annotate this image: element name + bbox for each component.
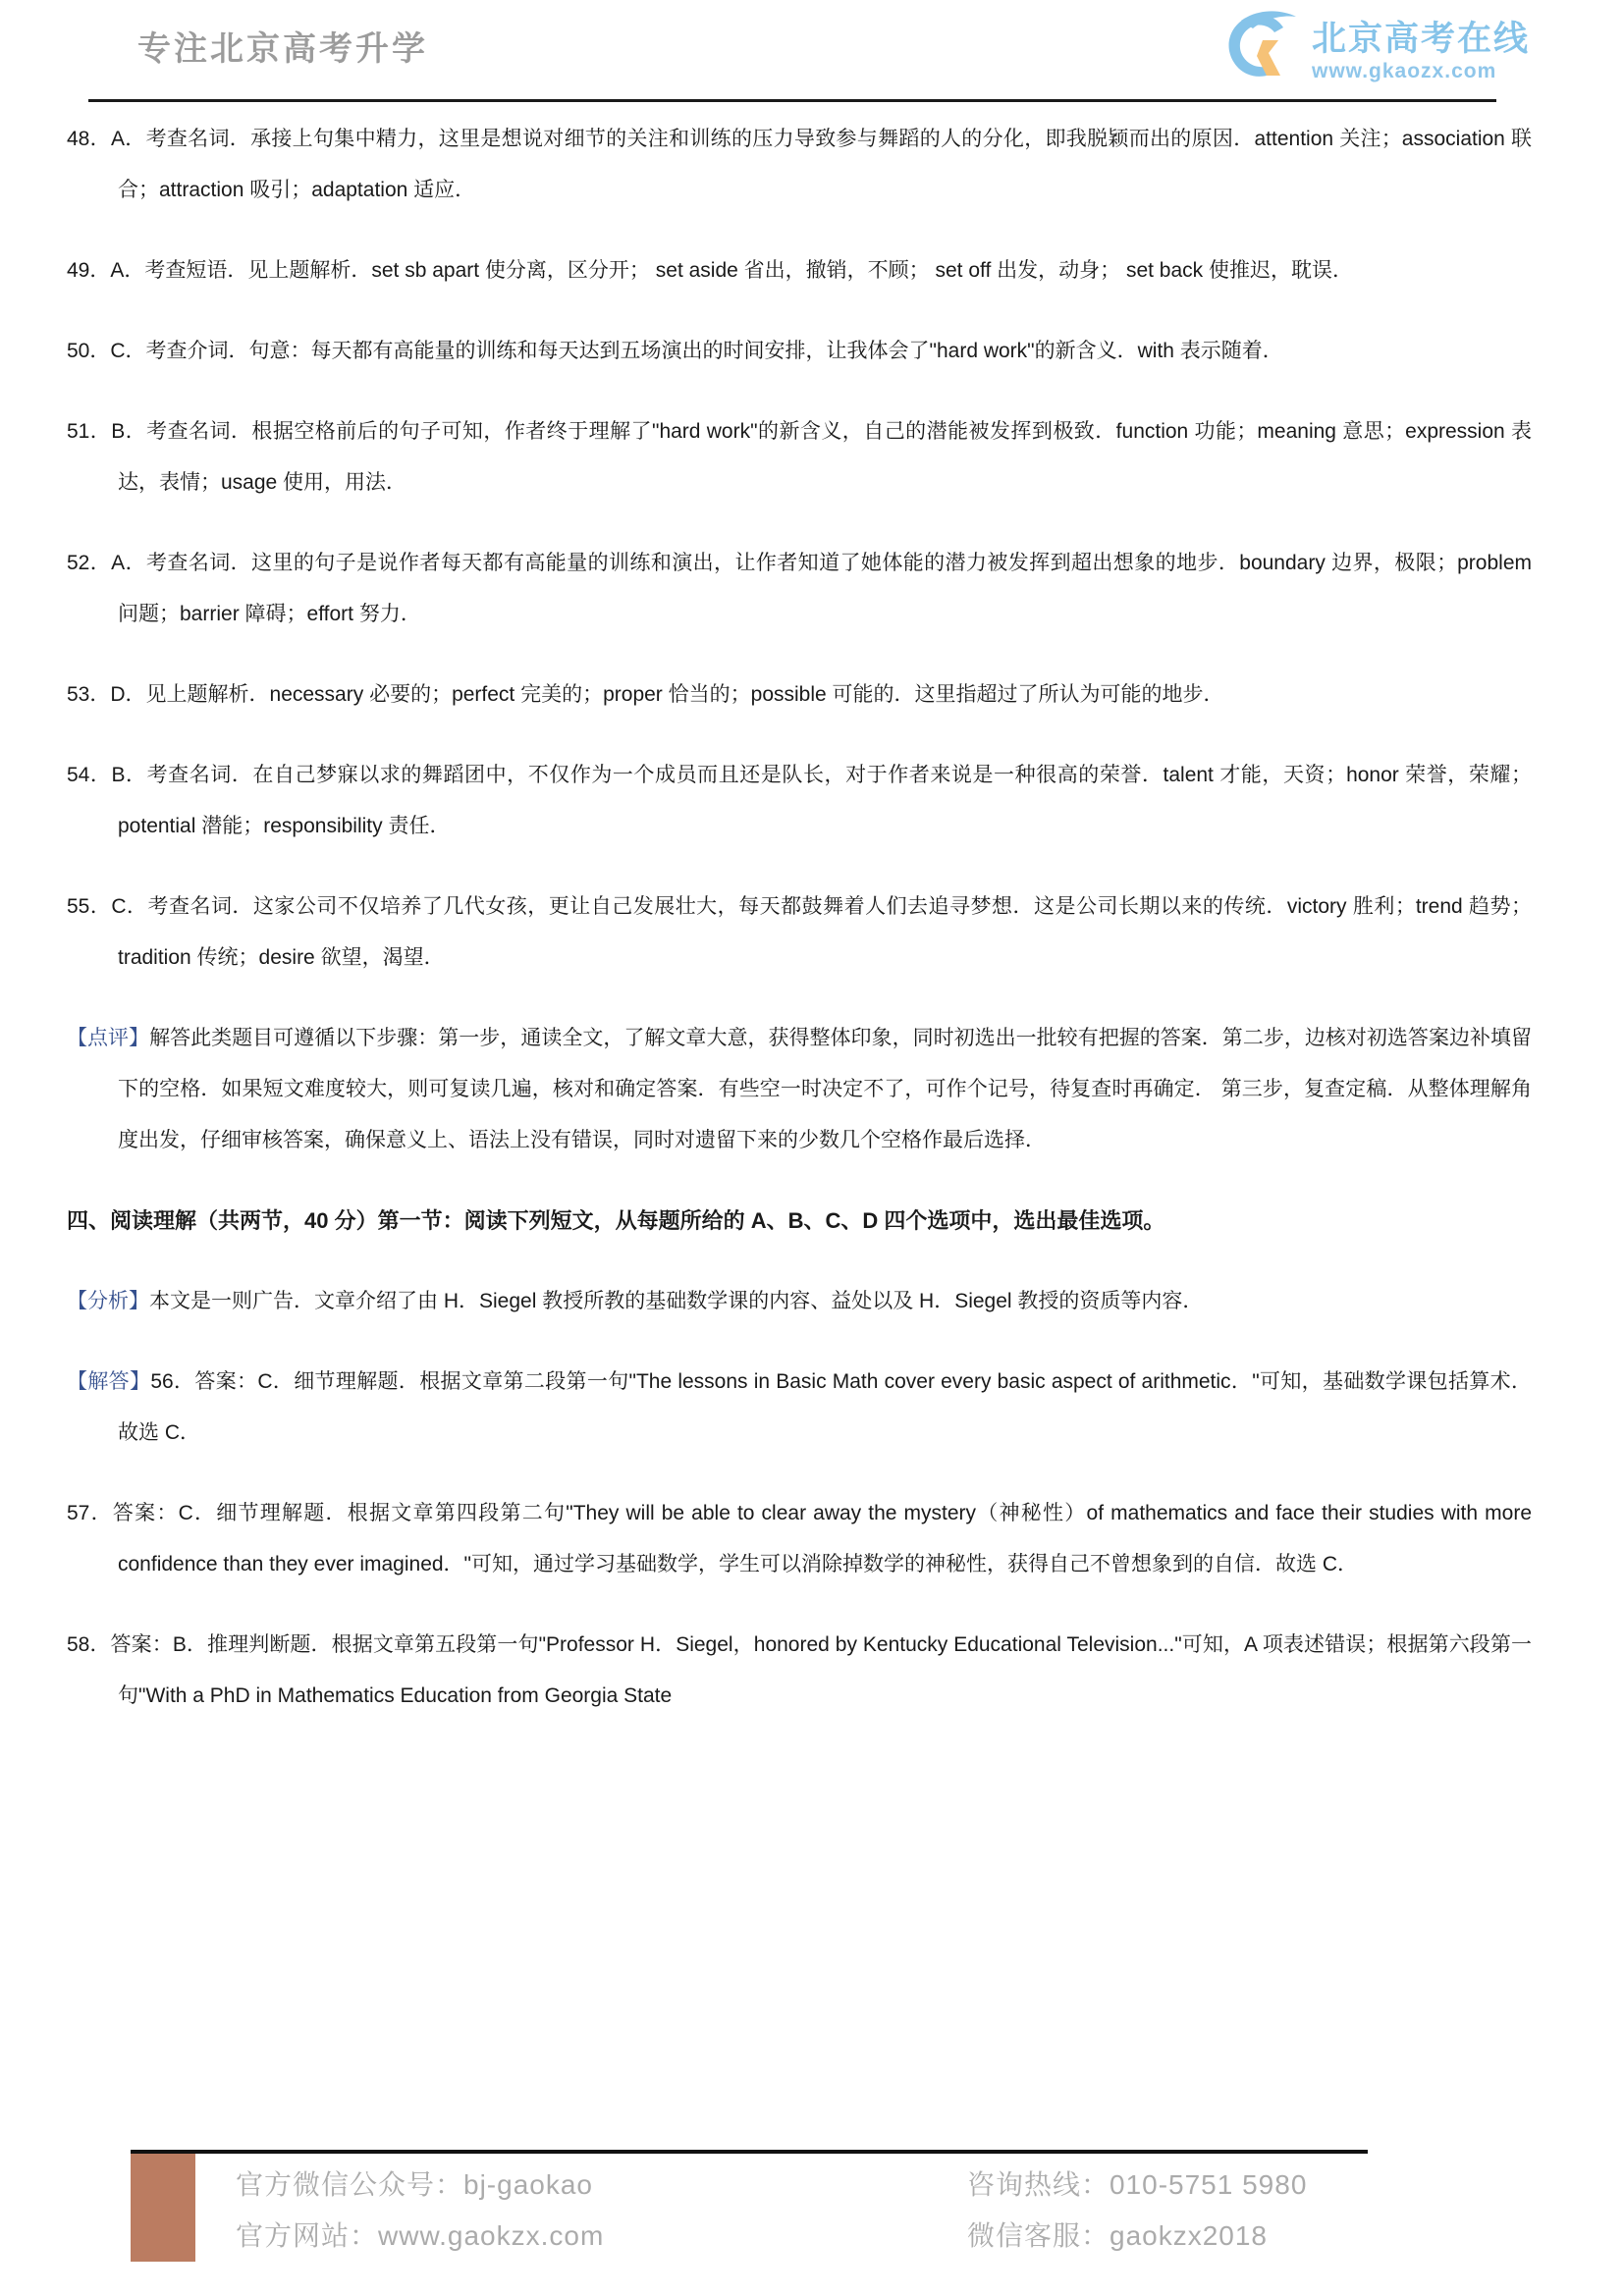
section-heading: 四、阅读理解（共两节，40 分）第一节：阅读下列短文，从每题所给的 A、B、C、… (67, 1196, 1532, 1247)
answer-paragraph: 【解答】56．答案：C．细节理解题．根据文章第二段第一句"The lessons… (67, 1357, 1532, 1459)
footer-wechat-service: 微信客服：gaokzx2018 (967, 2211, 1307, 2262)
footer-divider (131, 2150, 1368, 2154)
answer-paragraph: 【分析】本文是一则广告．文章介绍了由 H．Siegel 教授所教的基础数学课的内… (67, 1276, 1532, 1327)
answer-paragraph: 55．C．考查名词．这家公司不仅培养了几代女孩，更让自己发展壮大，每天都鼓舞着人… (67, 881, 1532, 984)
bracket-label: 【分析】 (67, 1290, 149, 1312)
footer-right-column: 咨询热线：010-5751 5980 微信客服：gaokzx2018 (967, 2160, 1307, 2262)
header-slogan: 专注北京高考升学 (137, 22, 428, 70)
logo-brand-text: 北京高考在线 (1312, 20, 1530, 59)
footer-accent-block (131, 2154, 195, 2262)
footer-wechat-public: 官方微信公众号：bj-gaokao (236, 2160, 604, 2211)
answer-paragraph: 53．D．见上题解析．necessary 必要的；perfect 完美的；pro… (67, 669, 1532, 721)
answer-paragraph: 54．B．考查名词．在自己梦寐以求的舞蹈团中，不仅作为一个成员而且还是队长，对于… (67, 750, 1532, 852)
answer-paragraph: 51．B．考查名词．根据空格前后的句子可知，作者终于理解了"hard work"… (67, 406, 1532, 508)
bracket-label: 【点评】 (67, 1027, 149, 1049)
answer-list: 48．A．考查名词．承接上句集中精力，这里是想说对细节的关注和训练的压力导致参与… (67, 114, 1532, 1751)
logo-text-block: 北京高考在线 www.gkaozx.com (1312, 6, 1530, 84)
footer-left-column: 官方微信公众号：bj-gaokao 官方网站：www.gaokzx.com (236, 2160, 604, 2262)
footer-website: 官方网站：www.gaokzx.com (236, 2211, 604, 2262)
site-logo: 北京高考在线 www.gkaozx.com (1214, 6, 1530, 84)
document-page: 专注北京高考升学 北京高考在线 www.gkaozx.com 48．A．考查名词… (0, 0, 1624, 2296)
answer-paragraph: 48．A．考查名词．承接上句集中精力，这里是想说对细节的关注和训练的压力导致参与… (67, 114, 1532, 216)
answer-paragraph: 52．A．考查名词．这里的句子是说作者每天都有高能量的训练和演出，让作者知道了她… (67, 538, 1532, 640)
answer-paragraph: 58．答案：B．推理判断题．根据文章第五段第一句"Professor H．Sie… (67, 1620, 1532, 1722)
header-divider (88, 99, 1496, 102)
logo-url-text: www.gkaozx.com (1312, 59, 1530, 84)
answer-paragraph: 57．答案：C．细节理解题．根据文章第四段第二句"They will be ab… (67, 1488, 1532, 1590)
gk-logo-icon (1214, 6, 1302, 84)
answer-paragraph: 【点评】解答此类题目可遵循以下步骤：第一步，通读全文，了解文章大意，获得整体印象… (67, 1013, 1532, 1166)
answer-paragraph: 50．C．考查介词．句意：每天都有高能量的训练和每天达到五场演出的时间安排，让我… (67, 326, 1532, 377)
footer-hotline: 咨询热线：010-5751 5980 (967, 2160, 1307, 2211)
bracket-label: 【解答】 (67, 1370, 150, 1393)
answer-paragraph: 49．A．考查短语．见上题解析．set sb apart 使分离，区分开； se… (67, 245, 1532, 296)
